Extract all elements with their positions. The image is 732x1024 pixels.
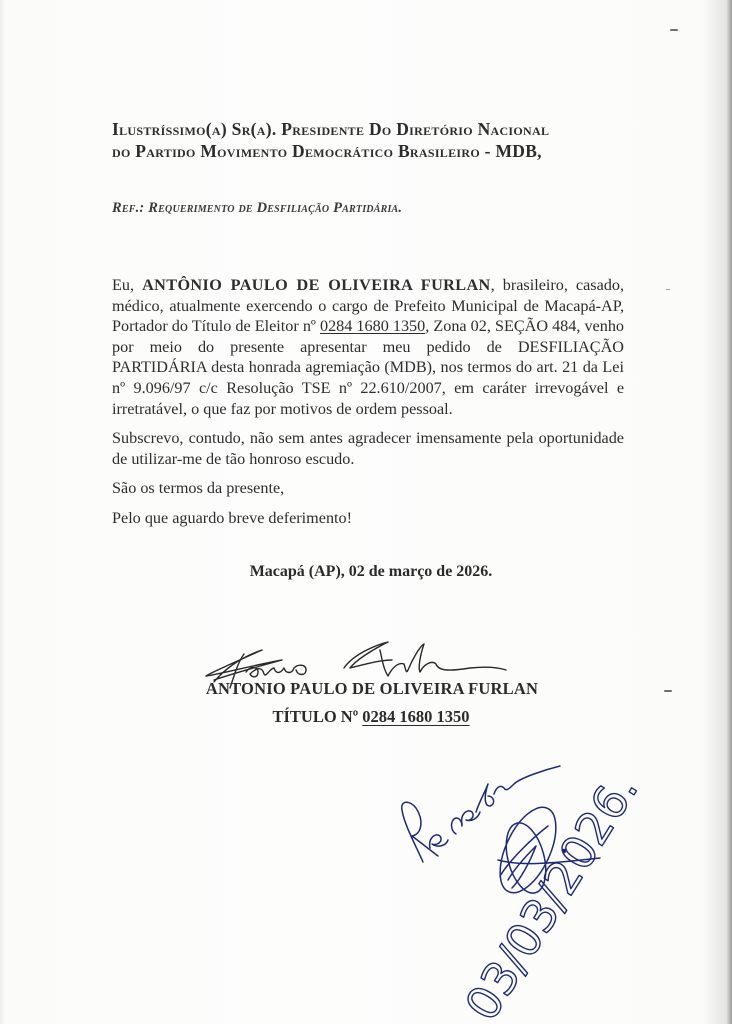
title-number: 0284 1680 1350 xyxy=(362,707,469,726)
reference-line: Ref.: Requerimento de Desfiliação Partid… xyxy=(112,200,402,217)
place-and-date: Macapá (AP), 02 de março de 2026. xyxy=(0,563,732,581)
paragraph-closing: Pelo que aguardo breve deferimento! xyxy=(112,508,624,529)
scan-speck xyxy=(670,29,678,31)
intro-text: Eu, xyxy=(112,276,142,294)
document-page: Ilustríssimo(a) Sr(a). Presidente Do Dir… xyxy=(0,0,732,1024)
receipt-date: 03/03/2026. xyxy=(454,764,648,1024)
letter-body: Eu, ANTÔNIO PAULO DE OLIVEIRA FURLAN, br… xyxy=(112,275,624,538)
addressee-line-1: Ilustríssimo(a) Sr(a). Presidente Do Dir… xyxy=(112,118,652,140)
paragraph-thanks: Subscrevo, contudo, não sem antes agrade… xyxy=(112,428,624,469)
signatory-name: ANTONIO PAULO DE OLIVEIRA FURLAN xyxy=(0,679,732,699)
addressee-line-2: do Partido Movimento Democrático Brasile… xyxy=(112,140,652,162)
receipt-handwriting-icon: 03/03/2026. xyxy=(402,764,649,1024)
scan-speck xyxy=(666,289,670,290)
paragraph-terms: São os termos da presente, xyxy=(112,478,624,499)
applicant-name: ANTÔNIO PAULO DE OLIVEIRA FURLAN xyxy=(142,276,491,294)
title-label: TÍTULO Nº xyxy=(272,707,362,726)
signatory-voter-title: TÍTULO Nº 0284 1680 1350 xyxy=(0,707,732,727)
addressee-header: Ilustríssimo(a) Sr(a). Presidente Do Dir… xyxy=(112,118,652,162)
voter-id: 0284 1680 1350 xyxy=(320,317,425,335)
paragraph-request: Eu, ANTÔNIO PAULO DE OLIVEIRA FURLAN, br… xyxy=(112,275,624,419)
